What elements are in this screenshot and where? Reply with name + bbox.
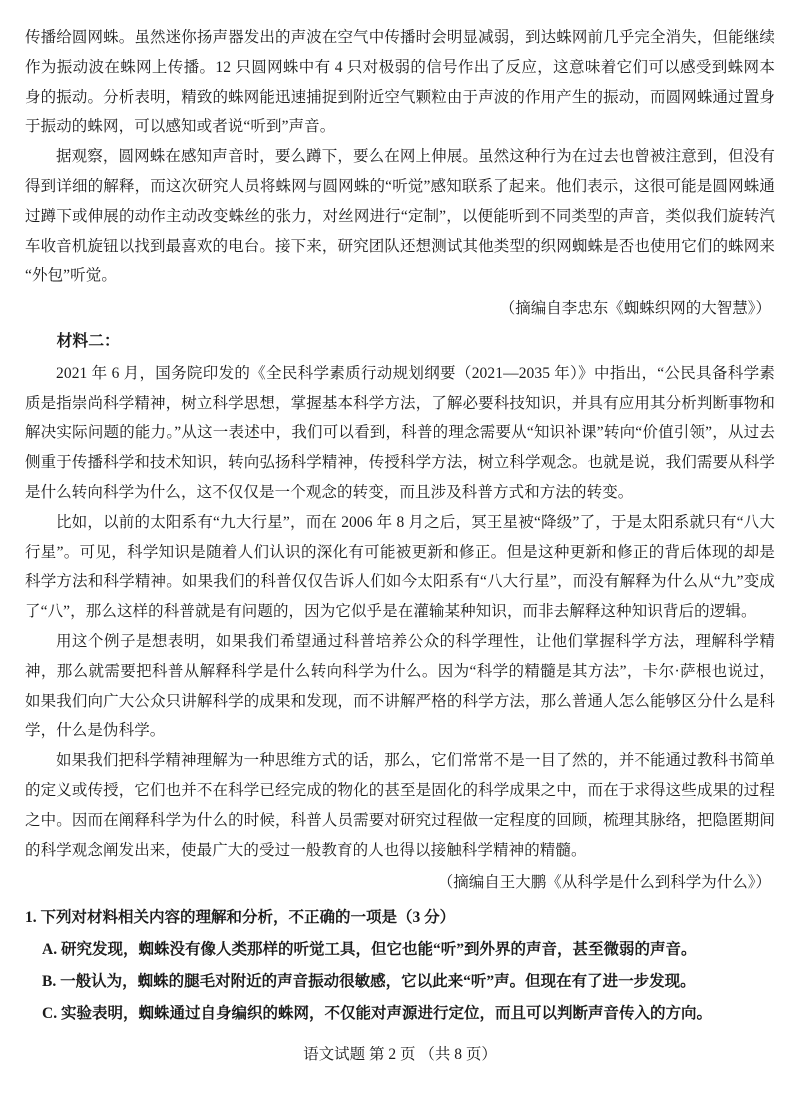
material-two-paragraph-1: 2021 年 6 月，国务院印发的《全民科学素质行动规划纲要（2021—2035… [25, 359, 775, 508]
material-one-paragraph-continuation: 传播给圆网蛛。虽然迷你扬声器发出的声波在空气中传播时会明显减弱，到达蛛网前几乎完… [25, 23, 775, 142]
page-footer: 语文试题 第 2 页 （共 8 页） [0, 1040, 800, 1070]
question-one: 1. 下列对材料相关内容的理解和分析，不正确的一项是（3 分） A. 研究发现，… [25, 902, 775, 1030]
question-one-option-c: C. 实验表明，蜘蛛通过自身编织的蛛网，不仅能对声源进行定位，而且可以判断声音传… [25, 998, 775, 1030]
material-two-paragraph-4: 如果我们把科学精神理解为一种思维方式的话，那么，它们常常不是一目了然的，并不能通… [25, 746, 775, 865]
material-two-paragraph-2: 比如，以前的太阳系有“九大行星”，而在 2006 年 8 月之后，冥王星被“降级… [25, 508, 775, 627]
question-one-stem: 1. 下列对材料相关内容的理解和分析，不正确的一项是（3 分） [25, 902, 775, 934]
exam-body: 传播给圆网蛛。虽然迷你扬声器发出的声波在空气中传播时会明显减弱，到达蛛网前几乎完… [25, 23, 775, 1030]
question-one-option-b: B. 一般认为，蜘蛛的腿毛对附近的声音振动很敏感，它以此来“听”声。但现在有了进… [25, 966, 775, 998]
material-one-source-attribution: （摘编自李忠东《蜘蛛织网的大智慧》） [25, 294, 775, 324]
exam-page: 传播给圆网蛛。虽然迷你扬声器发出的声波在空气中传播时会明显减弱，到达蛛网前几乎完… [0, 0, 800, 1100]
material-two-paragraph-3: 用这个例子是想表明，如果我们希望通过科普培养公众的科学理性，让他们掌握科学方法，… [25, 627, 775, 746]
material-two-heading: 材料二： [25, 327, 775, 357]
question-one-option-a: A. 研究发现，蜘蛛没有像人类那样的听觉工具，但它也能“听”到外界的声音，甚至微… [25, 934, 775, 966]
material-two-source-attribution: （摘编自王大鹏《从科学是什么到科学为什么》） [25, 868, 775, 898]
material-one-paragraph-observation: 据观察，圆网蛛在感知声音时，要么蹲下，要么在网上伸展。虽然这种行为在过去也曾被注… [25, 142, 775, 291]
